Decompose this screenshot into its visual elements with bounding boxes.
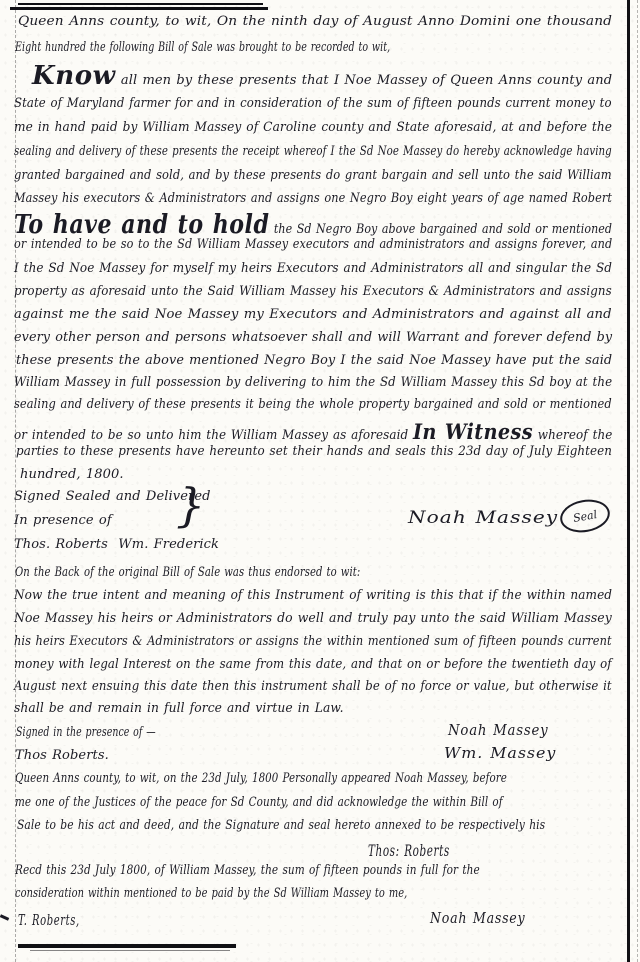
manuscript-line: Thos Roberts. bbox=[15, 749, 109, 764]
manuscript-text: granted bargained and sold, and by these… bbox=[14, 168, 612, 183]
manuscript-line: me in hand paid by William Massey of Car… bbox=[14, 121, 612, 136]
manuscript-text: Sale to be his act and deed, and the Sig… bbox=[17, 818, 545, 833]
manuscript-line: Queen Anns county, to wit, on the 23d Ju… bbox=[15, 772, 507, 787]
manuscript-line: Eight hundred the following Bill of Sale… bbox=[15, 41, 390, 56]
manuscript-text: property as aforesaid unto the Said Will… bbox=[14, 284, 612, 299]
manuscript-line: Noah Massey bbox=[408, 509, 558, 529]
manuscript-text: In Witness bbox=[413, 419, 533, 444]
manuscript-text: State of Maryland farmer for and in cons… bbox=[14, 96, 612, 111]
manuscript-text: Noah Massey bbox=[408, 508, 558, 528]
manuscript-line: or intended to be so to the Sd William M… bbox=[14, 238, 612, 253]
manuscript-text: Thos: Roberts bbox=[368, 841, 450, 860]
manuscript-text: all men by these presents that I Noe Mas… bbox=[116, 73, 613, 88]
manuscript-text: shall be and remain in full force and vi… bbox=[14, 701, 344, 716]
manuscript-text: T. Roberts, bbox=[18, 911, 80, 929]
manuscript-text: his heirs Executors & Administrators or … bbox=[14, 634, 612, 649]
manuscript-line: Know all men by these presents that I No… bbox=[32, 62, 612, 92]
manuscript-text: Wm. Massey bbox=[444, 744, 556, 762]
manuscript-text: Noah Massey bbox=[430, 909, 525, 927]
manuscript-text: sealing and delivery of these presents i… bbox=[14, 397, 612, 412]
seal-icon: Seal bbox=[558, 496, 613, 536]
manuscript-text: me one of the Justices of the peace for … bbox=[15, 795, 503, 810]
manuscript-text: William Massey in full possession by del… bbox=[14, 375, 612, 390]
manuscript-line: Thos: Roberts bbox=[368, 842, 450, 860]
manuscript-text: hundred, 1800. bbox=[20, 467, 124, 482]
manuscript-line: Wm. Massey bbox=[444, 745, 556, 762]
manuscript-line: every other person and persons whatsoeve… bbox=[14, 331, 612, 346]
manuscript-text: Queen Anns county, to wit, On the ninth … bbox=[18, 14, 612, 29]
manuscript-text: parties to these presents have hereunto … bbox=[16, 444, 612, 459]
manuscript-line: Noah Massey bbox=[448, 722, 548, 739]
manuscript-line: Now the true intent and meaning of this … bbox=[14, 589, 612, 604]
manuscript-text: Massey his executors & Administrators an… bbox=[14, 191, 612, 206]
manuscript-text: money with legal Interest on the same fr… bbox=[14, 657, 612, 672]
right-margin-dashed-line bbox=[637, 0, 638, 962]
seal-label: Seal bbox=[572, 508, 598, 525]
manuscript-text: I the Sd Noe Massey for myself my heirs … bbox=[14, 261, 612, 276]
manuscript-line: Recd this 23d July 1800, of William Mass… bbox=[15, 864, 480, 879]
manuscript-text: Now the true intent and meaning of this … bbox=[14, 588, 612, 603]
manuscript-line: his heirs Executors & Administrators or … bbox=[14, 635, 612, 650]
bottom-border-line-echo bbox=[30, 950, 230, 951]
manuscript-line: sealing and delivery of these presents t… bbox=[14, 145, 612, 160]
manuscript-text: consideration within mentioned to be pai… bbox=[15, 886, 407, 901]
manuscript-line: parties to these presents have hereunto … bbox=[16, 445, 612, 460]
manuscript-line: Massey his executors & Administrators an… bbox=[14, 192, 612, 207]
manuscript-text: every other person and persons whatsoeve… bbox=[14, 330, 612, 345]
manuscript-line: T. Roberts, bbox=[18, 912, 80, 929]
manuscript-text: Thos. Roberts Wm. Frederick bbox=[14, 537, 219, 552]
manuscript-text: or intended to be so unto him the Willia… bbox=[14, 428, 413, 443]
manuscript-line: sealing and delivery of these presents i… bbox=[14, 398, 612, 413]
manuscript-line: consideration within mentioned to be pai… bbox=[15, 887, 407, 902]
manuscript-text: To have and to hold bbox=[14, 210, 269, 240]
manuscript-text: In presence of bbox=[14, 513, 112, 528]
manuscript-line: hundred, 1800. bbox=[20, 468, 124, 483]
manuscript-text: sealing and delivery of these presents t… bbox=[14, 144, 612, 159]
manuscript-text: against me the said Noe Massey my Execut… bbox=[14, 307, 612, 322]
manuscript-line: these presents the above mentioned Negro… bbox=[16, 354, 612, 369]
manuscript-text: Noe Massey his heirs or Administrators d… bbox=[14, 611, 612, 626]
manuscript-text: Noah Massey bbox=[448, 721, 548, 739]
manuscript-line: property as aforesaid unto the Said Will… bbox=[14, 285, 612, 300]
bottom-border-line bbox=[18, 944, 236, 948]
top-border-line-2 bbox=[10, 7, 268, 10]
manuscript-line: Sale to be his act and deed, and the Sig… bbox=[17, 819, 545, 834]
manuscript-line: granted bargained and sold, and by these… bbox=[14, 169, 612, 184]
manuscript-text: me in hand paid by William Massey of Car… bbox=[14, 120, 612, 135]
manuscript-line: Signed in the presence of — bbox=[16, 726, 156, 741]
scanned-document-page: } Seal Queen Anns county, to wit, On the… bbox=[0, 0, 640, 962]
manuscript-text: Eight hundred the following Bill of Sale… bbox=[15, 40, 390, 55]
manuscript-line: On the Back of the original Bill of Sale… bbox=[15, 566, 360, 581]
manuscript-line: money with legal Interest on the same fr… bbox=[14, 658, 612, 673]
manuscript-line: In presence of bbox=[14, 514, 112, 529]
manuscript-line: I the Sd Noe Massey for myself my heirs … bbox=[14, 262, 612, 277]
manuscript-text: whereof the bbox=[533, 428, 612, 443]
manuscript-text: Signed in the presence of — bbox=[16, 725, 156, 740]
manuscript-text: the Sd Negro Boy above bargained and sol… bbox=[269, 222, 612, 237]
manuscript-line: Thos. Roberts Wm. Frederick bbox=[14, 538, 219, 553]
manuscript-line: August next ensuing this date then this … bbox=[14, 680, 612, 695]
manuscript-text: Signed Sealed and Delivered bbox=[14, 489, 211, 504]
right-border-line bbox=[627, 0, 630, 962]
manuscript-text: Queen Anns county, to wit, on the 23d Ju… bbox=[15, 771, 507, 786]
manuscript-text: On the Back of the original Bill of Sale… bbox=[15, 565, 360, 580]
top-border-line bbox=[18, 3, 263, 5]
manuscript-text: Thos Roberts. bbox=[15, 748, 109, 763]
manuscript-line: William Massey in full possession by del… bbox=[14, 376, 612, 391]
manuscript-line: Noah Massey bbox=[430, 910, 525, 927]
manuscript-line: State of Maryland farmer for and in cons… bbox=[14, 97, 612, 112]
manuscript-text: Know bbox=[32, 61, 116, 91]
manuscript-line: shall be and remain in full force and vi… bbox=[14, 702, 344, 717]
manuscript-line: Noe Massey his heirs or Administrators d… bbox=[14, 612, 612, 627]
manuscript-text: August next ensuing this date then this … bbox=[14, 679, 612, 694]
manuscript-line: Signed Sealed and Delivered bbox=[14, 490, 211, 505]
manuscript-line: or intended to be so unto him the Willia… bbox=[14, 420, 612, 444]
ink-mark bbox=[0, 914, 9, 920]
manuscript-text: or intended to be so to the Sd William M… bbox=[14, 237, 612, 252]
manuscript-text: these presents the above mentioned Negro… bbox=[16, 353, 612, 368]
manuscript-line: Queen Anns county, to wit, On the ninth … bbox=[18, 15, 612, 30]
manuscript-line: me one of the Justices of the peace for … bbox=[15, 796, 503, 811]
manuscript-line: against me the said Noe Massey my Execut… bbox=[14, 308, 612, 323]
manuscript-text: Recd this 23d July 1800, of William Mass… bbox=[15, 863, 480, 878]
